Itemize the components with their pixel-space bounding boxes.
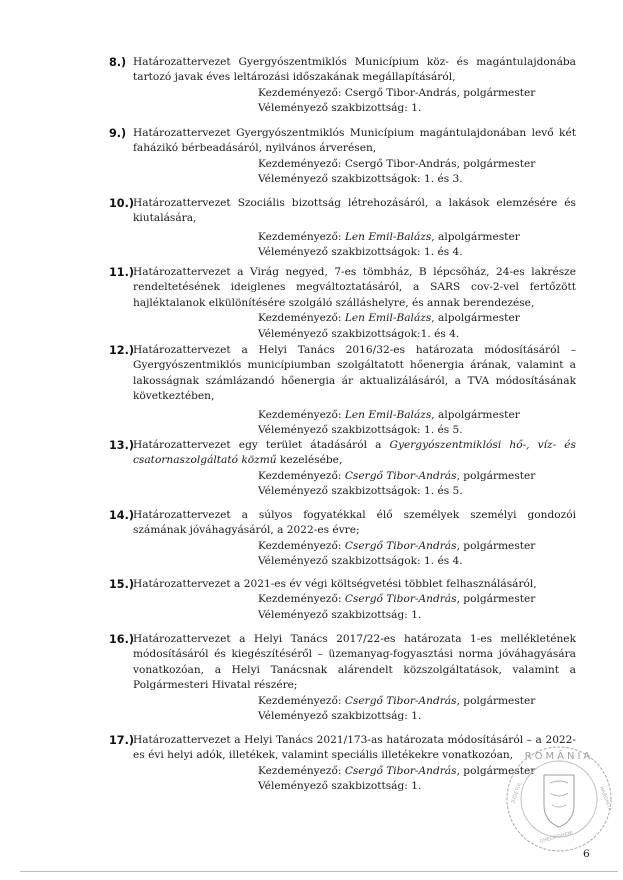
item-initiator: Kezdeményező: Csergő Tibor-András, polgá… [258, 694, 576, 709]
item-title: Határozattervezet a 2021-es év végi költ… [133, 577, 576, 592]
item-number: 15.) [109, 577, 134, 592]
item-initiator: Kezdeményező: Len Emil-Balázs, alpolgárm… [258, 408, 576, 423]
item-committee: Véleményező szakbizottság: 1. [258, 608, 576, 623]
initiator-label: Kezdeményező: [258, 593, 345, 605]
item-title: Határozattervezet a Virág negyed, 7-es t… [133, 265, 576, 311]
item-title: Határozattervezet a Helyi Tanács 2016/32… [133, 343, 576, 405]
item-committee: Véleményező szakbizottságok: 1. és 4. [258, 554, 576, 569]
page-number: 6 [583, 848, 590, 860]
item-title: Határozattervezet Szociális bizottság lé… [133, 196, 576, 227]
agenda-item-13: 13.) Határozattervezet egy terület átadá… [109, 438, 576, 500]
initiator-name: Len Emil-Balázs [345, 312, 431, 324]
item-initiator: Kezdeményező: Csergő Tibor-András, polgá… [258, 86, 576, 101]
agenda-item-9: 9.) Határozattervezet Gyergyószentmiklós… [109, 126, 576, 188]
initiator-name: Csergő Tibor-András [345, 593, 457, 605]
initiator-role: , alpolgármester [431, 409, 520, 421]
item-committee: Véleményező szakbizottságok: 1. és 5. [258, 484, 576, 499]
item-number: 11.) [109, 265, 134, 280]
footer-divider [20, 871, 618, 872]
item-number: 12.) [109, 343, 134, 358]
initiator-name: Csergő Tibor-András [345, 87, 457, 99]
initiator-name: Len Emil-Balázs [345, 409, 431, 421]
initiator-label: Kezdeményező: [258, 312, 345, 324]
title-text: kezelésébe, [277, 454, 343, 466]
initiator-role: , polgármester [457, 158, 536, 170]
initiator-label: Kezdeményező: [258, 765, 345, 777]
item-title: Határozattervezet Gyergyószentmiklós Mun… [133, 126, 576, 157]
agenda-item-15: 15.) Határozattervezet a 2021-es év végi… [109, 577, 576, 623]
item-number: 9.) [109, 126, 126, 141]
item-committee: Véleményező szakbizottság: 1. [258, 709, 576, 724]
initiator-name: Csergő Tibor-András [345, 158, 457, 170]
svg-text:GHEORGHENI: GHEORGHENI [539, 830, 574, 845]
initiator-label: Kezdeményező: [258, 158, 345, 170]
agenda-item-16: 16.) Határozattervezet a Helyi Tanács 20… [109, 632, 576, 724]
initiator-name: Csergő Tibor-András [345, 540, 457, 552]
initiator-role: , polgármester [457, 695, 536, 707]
initiator-label: Kezdeményező: [258, 695, 345, 707]
initiator-label: Kezdeményező: [258, 409, 345, 421]
item-committee: Véleményező szakbizottságok: 1. és 5. [258, 423, 576, 438]
initiator-role: , polgármester [457, 470, 536, 482]
item-initiator: Kezdeményező: Csergő Tibor-András, polgá… [258, 539, 576, 554]
initiator-label: Kezdeményező: [258, 87, 345, 99]
item-initiator: Kezdeményező: Len Emil-Balázs, alpolgárm… [258, 311, 576, 326]
agenda-item-10: 10.) Határozattervezet Szociális bizotts… [109, 196, 576, 261]
item-committee: Véleményező szakbizottságok: 1. és 4. [258, 245, 576, 260]
item-number: 13.) [109, 438, 134, 453]
item-number: 17.) [109, 733, 134, 748]
agenda-item-12: 12.) Határozattervezet a Helyi Tanács 20… [109, 343, 576, 438]
item-initiator: Kezdeményező: Csergő Tibor-András, polgá… [258, 469, 576, 484]
item-committee: Véleményező szakbizottságok: 1. és 3. [258, 172, 576, 187]
item-initiator: Kezdeményező: Csergő Tibor-András, polgá… [258, 592, 576, 607]
item-number: 8.) [109, 55, 126, 70]
initiator-label: Kezdeményező: [258, 470, 345, 482]
initiator-name: Csergő Tibor-András [345, 765, 457, 777]
item-title: Határozattervezet a súlyos fogyatékkal é… [133, 508, 576, 539]
initiator-role: , polgármester [457, 540, 536, 552]
item-committee: Véleményező szakbizottság: 1. [258, 101, 576, 116]
agenda-item-11: 11.) Határozattervezet a Virág negyed, 7… [109, 265, 576, 342]
initiator-role: , alpolgármester [431, 312, 520, 324]
item-number: 16.) [109, 632, 134, 647]
item-initiator: Kezdeményező: Csergő Tibor-András, polgá… [258, 157, 576, 172]
initiator-label: Kezdeményező: [258, 540, 345, 552]
item-initiator: Kezdeményező: Len Emil-Balázs, alpolgárm… [258, 230, 576, 245]
initiator-name: Csergő Tibor-András [345, 470, 457, 482]
item-title: Határozattervezet Gyergyószentmiklós Mun… [133, 55, 576, 86]
agenda-item-8: 8.) Határozattervezet Gyergyószentmiklós… [109, 55, 576, 117]
item-title: Határozattervezet a Helyi Tanács 2017/22… [133, 632, 576, 694]
item-committee: Véleményező szakbizottságok:1. és 4. [258, 327, 576, 342]
document-page: 8.) Határozattervezet Gyergyószentmiklós… [0, 0, 623, 880]
initiator-label: Kezdeményező: [258, 231, 345, 243]
initiator-role: , alpolgármester [431, 231, 520, 243]
initiator-role: , polgármester [457, 87, 536, 99]
item-number: 10.) [109, 196, 134, 211]
initiator-name: Len Emil-Balázs [345, 231, 431, 243]
initiator-role: , polgármester [457, 593, 536, 605]
initiator-name: Csergő Tibor-András [345, 695, 457, 707]
title-text: Határozattervezet egy terület átadásáról… [133, 439, 390, 451]
item-number: 14.) [109, 508, 134, 523]
svg-text:ROMÂNIA: ROMÂNIA [525, 749, 594, 762]
item-title: Határozattervezet egy terület átadásáról… [133, 438, 576, 469]
agenda-item-14: 14.) Határozattervezet a súlyos fogyaték… [109, 508, 576, 570]
official-seal-stamp-icon: ROMÂNIA JUDETUL HARGHITA GHEORGHENI [500, 743, 618, 855]
